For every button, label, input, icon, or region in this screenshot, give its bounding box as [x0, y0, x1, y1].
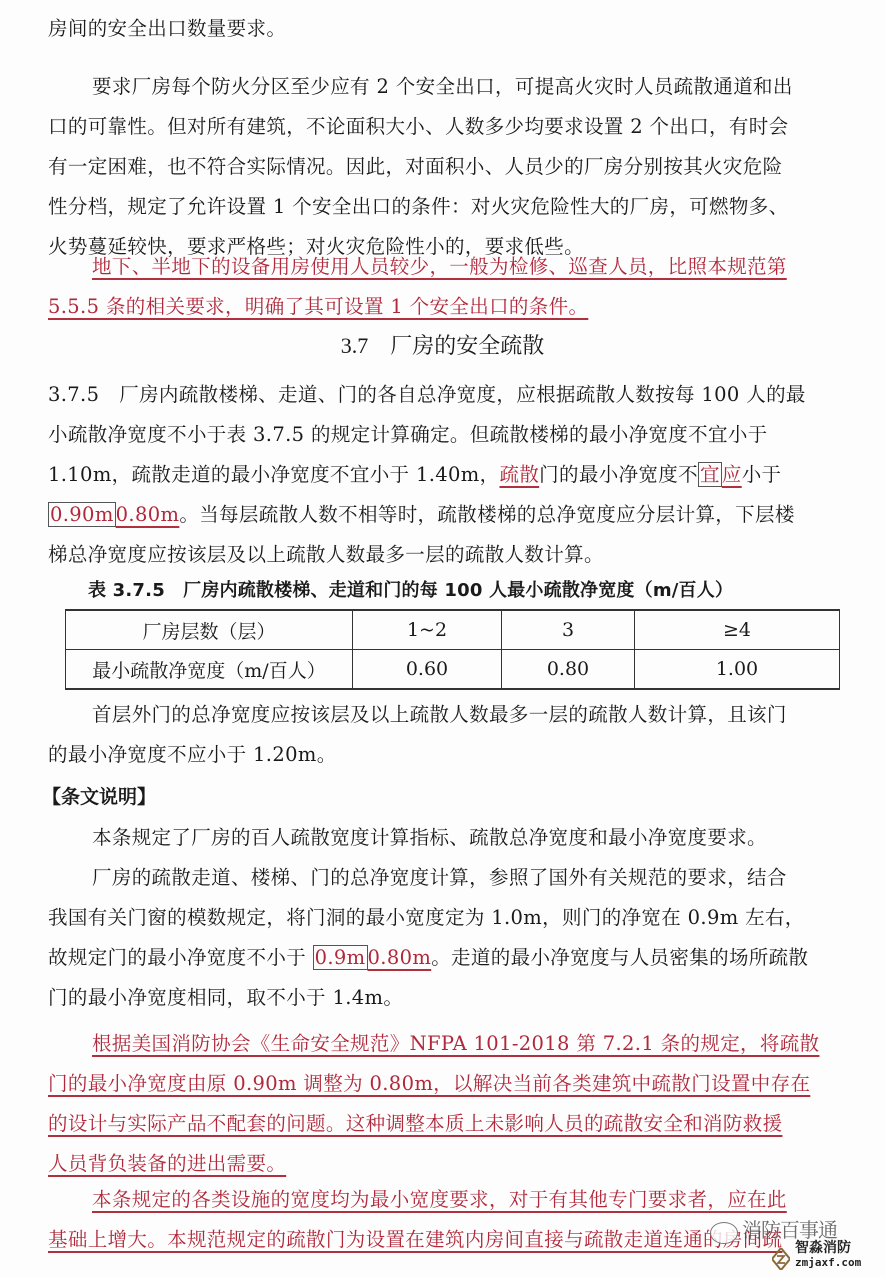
revision-text: 5.5.5 条的相关要求，明确了其可设置 1 个安全出口的条件。: [48, 295, 588, 318]
text-line: 房间的安全出口数量要求。: [48, 16, 838, 42]
table-header-row: 厂房层数（层） 1~2 3 ≥4: [66, 610, 840, 650]
table-cell: 0.80: [502, 650, 635, 690]
inserted-text: 0.80m: [368, 946, 432, 969]
inserted-text: 0.80m: [116, 503, 180, 526]
inserted-text: 疏散: [499, 463, 539, 486]
text-line: 厂房的疏散走道、楼梯、门的总净宽度计算，参照了国外有关规范的要求，结合: [92, 865, 838, 891]
text-line: 要求厂房每个防火分区至少应有 2 个安全出口，可提高火灾时人员疏散通道和出: [92, 74, 838, 100]
clause-text: 故规定门的最小净宽度不小于: [48, 946, 313, 969]
document-page: 房间的安全出口数量要求。 要求厂房每个防火分区至少应有 2 个安全出口，可提高火…: [0, 0, 885, 1277]
table-cell: 3: [502, 610, 635, 650]
text-line: 口的可靠性。但对所有建筑，不论面积大小、人数多少均要求设置 2 个出口，有时会: [48, 114, 838, 140]
table-cell: 最小疏散净宽度（m/百人）: [66, 650, 353, 690]
clause-text: 。当每层疏散人数不相等时，疏散楼梯的总净宽度应分层计算，下层楼: [179, 503, 794, 526]
revision-note-line: 地下、半地下的设备用房使用人员较少，一般为检修、巡查人员，比照本规范第: [92, 254, 838, 280]
revision-note-line: 5.5.5 条的相关要求，明确了其可设置 1 个安全出口的条件。: [48, 294, 838, 320]
revision-text: 地下、半地下的设备用房使用人员较少，一般为检修、巡查人员，比照本规范第: [92, 255, 787, 278]
section-heading: 3.7厂房的安全疏散: [0, 331, 885, 362]
revision-text: 的设计与实际产品不配套的问题。这种调整本质上未影响人员的疏散安全和消防救援: [48, 1112, 782, 1135]
revision-text: 根据美国消防协会《生命安全规范》NFPA 101-2018 第 7.2.1 条的…: [92, 1032, 819, 1055]
text-line: 首层外门的总净宽度应按该层及以上疏散人数最多一层的疏散人数计算，且该门: [92, 702, 838, 728]
clause-text: 。走道的最小净宽度与人员密集的场所疏散: [431, 946, 808, 969]
brand-logo-icon: [772, 1248, 790, 1270]
clause-line: 0.90m0.80m。当每层疏散人数不相等时，疏散楼梯的总净宽度应分层计算，下层…: [48, 502, 838, 528]
table-cell: 0.60: [353, 650, 502, 690]
clause-line: 小疏散净宽度不小于表 3.7.5 的规定计算确定。但疏散楼梯的最小净宽度不宜小于: [48, 422, 838, 448]
table-row: 最小疏散净宽度（m/百人） 0.60 0.80 1.00: [66, 650, 840, 690]
revision-note-line: 本条规定的各类设施的宽度均为最小宽度要求，对于有其他专门要求者，应在此: [92, 1187, 838, 1213]
explanation-title: 【条文说明】: [42, 784, 156, 810]
clause-text: 1.10m，疏散走道的最小净宽度不宜小于 1.40m，: [48, 463, 499, 486]
table-cell: ≥4: [635, 610, 840, 650]
wechat-bubble-icon: [710, 1222, 738, 1244]
revision-text: 门的最小净宽度由原 0.90m 调整为 0.80m，以解决当前各类建筑中疏散门设…: [48, 1072, 810, 1095]
clause-text: 门的最小净宽度不: [539, 463, 698, 486]
text-line: 的最小净宽度不应小于 1.20m。: [48, 742, 838, 768]
revision-note-line: 门的最小净宽度由原 0.90m 调整为 0.80m，以解决当前各类建筑中疏散门设…: [48, 1071, 838, 1097]
section-number: 3.7: [341, 333, 369, 358]
deleted-text-box: 0.9m: [313, 945, 368, 970]
text-line: 性分档，规定了允许设置 1 个安全出口的条件：对火灾危险性大的厂房，可燃物多、: [48, 194, 838, 220]
text-line: 门的最小净宽度相同，取不小于 1.4m。: [48, 985, 838, 1011]
clause-line: 梯总净宽度应按该层及以上疏散人数最多一层的疏散人数计算。: [48, 542, 838, 568]
clause-text: 小于: [742, 463, 782, 486]
section-title: 厂房的安全疏散: [390, 334, 544, 359]
deleted-text-box: 0.90m: [48, 502, 116, 527]
revision-text: 本条规定的各类设施的宽度均为最小宽度要求，对于有其他专门要求者，应在此: [92, 1188, 787, 1211]
table-cell: 厂房层数（层）: [66, 610, 353, 650]
table-cell: 1~2: [353, 610, 502, 650]
table-caption: 表 3.7.5 厂房内疏散楼梯、走道和门的每 100 人最小疏散净宽度（m/百人…: [88, 578, 808, 604]
watermark-url: zmjaxf.com: [795, 1256, 861, 1269]
evacuation-width-table: 厂房层数（层） 1~2 3 ≥4 最小疏散净宽度（m/百人） 0.60 0.80…: [65, 609, 840, 690]
clause-line: 1.10m，疏散走道的最小净宽度不宜小于 1.40m，疏散门的最小净宽度不宜应小…: [48, 462, 838, 488]
text-line: 我国有关门窗的模数规定，将门洞的最小宽度定为 1.0m，则门的净宽在 0.9m …: [48, 905, 838, 931]
clause-line: 3.7.5 厂房内疏散楼梯、走道、门的各自总净宽度，应根据疏散人数按每 100 …: [48, 382, 838, 408]
watermark-brand: 智淼消防: [795, 1237, 851, 1257]
inserted-text: 应: [722, 463, 742, 486]
table-cell: 1.00: [635, 650, 840, 690]
revision-note-line: 人员背负装备的进出需要。: [48, 1151, 838, 1177]
text-line: 本条规定了厂房的百人疏散宽度计算指标、疏散总净宽度和最小净宽度要求。: [92, 825, 838, 851]
text-line: 故规定门的最小净宽度不小于 0.9m0.80m。走道的最小净宽度与人员密集的场所…: [48, 945, 838, 971]
revision-text: 人员背负装备的进出需要。: [48, 1152, 286, 1175]
text-line: 有一定困难，也不符合实际情况。因此，对面积小、人员少的厂房分别按其火灾危险: [48, 154, 838, 180]
deleted-text-box: 宜: [698, 462, 722, 487]
revision-note-line: 根据美国消防协会《生命安全规范》NFPA 101-2018 第 7.2.1 条的…: [92, 1031, 838, 1057]
revision-note-line: 的设计与实际产品不配套的问题。这种调整本质上未影响人员的疏散安全和消防救援: [48, 1111, 838, 1137]
revision-text: 基础上增大。本规范规定的疏散门为设置在建筑内房间直接与疏散走道连通的房间疏: [48, 1228, 782, 1251]
